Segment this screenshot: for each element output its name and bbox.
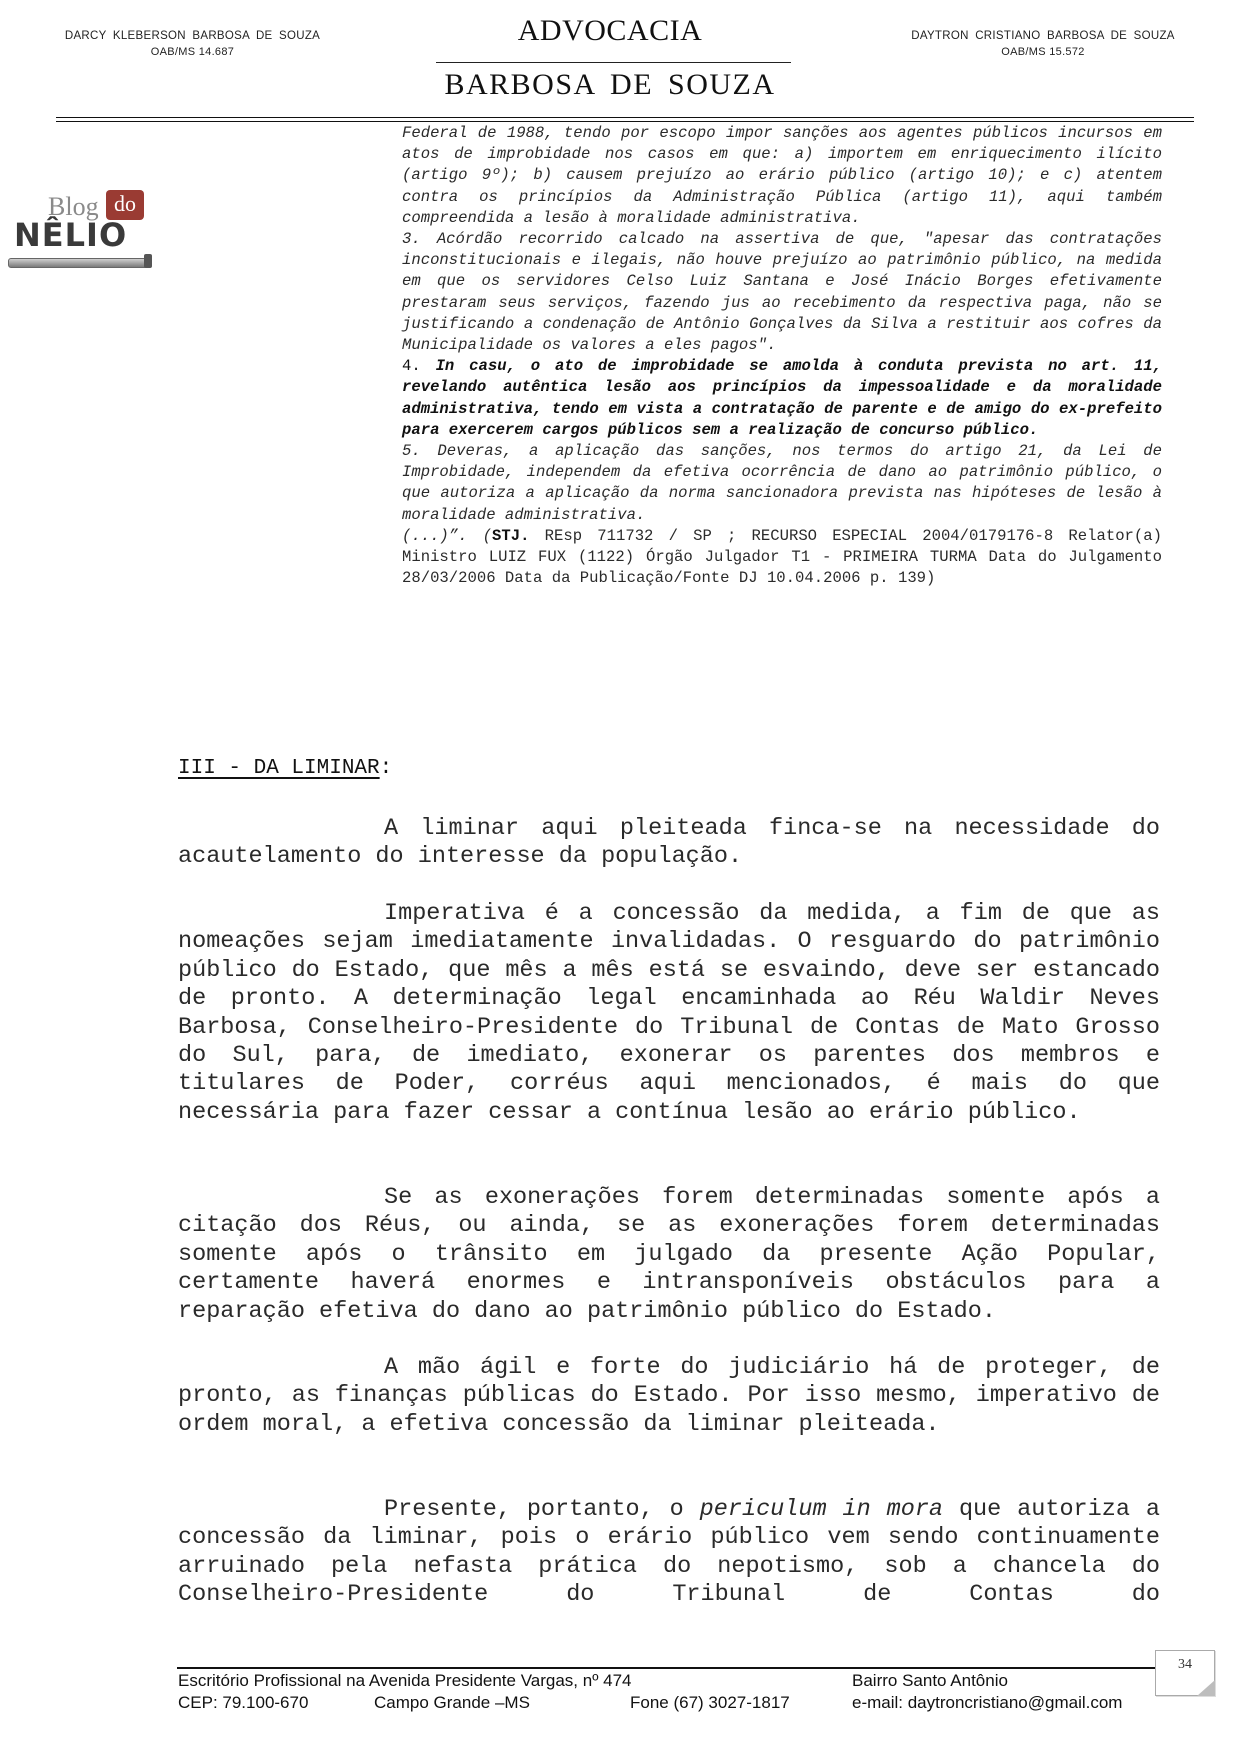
paragraph-text-start: Presente, portanto, o bbox=[384, 1496, 700, 1523]
lawyer-name-right: DAYTRON CRISTIANO BARBOSA DE SOUZA bbox=[898, 30, 1188, 42]
oab-number-right: OAB/MS 15.572 bbox=[898, 46, 1188, 58]
body-paragraph-5: Presente, portanto, o periculum in mora … bbox=[178, 1496, 1160, 1610]
quote-item-number: 4. bbox=[402, 357, 436, 375]
firm-logo: ADVOCACIA BARBOSA DE SOUZA bbox=[430, 14, 790, 101]
citation-court: STJ. bbox=[492, 527, 529, 545]
syringe-knob-icon bbox=[144, 254, 152, 268]
jurisprudence-quote: Federal de 1988, tendo por escopo impor … bbox=[402, 123, 1162, 589]
section-heading: III - DA LIMINAR: bbox=[178, 757, 392, 780]
page-number: 34 bbox=[1178, 1657, 1192, 1672]
body-paragraph-4: A mão ágil e forte do judiciário há de p… bbox=[178, 1354, 1160, 1439]
footer-address: Escritório Profissional na Avenida Presi… bbox=[178, 1670, 632, 1691]
page-curl-icon bbox=[1197, 1680, 1215, 1696]
footer-cep: CEP: 79.100-670 bbox=[178, 1692, 308, 1713]
page-number-badge: 34 bbox=[1155, 1650, 1215, 1696]
header-left-lawyer: DARCY KLEBERSON BARBOSA DE SOUZA OAB/MS … bbox=[50, 30, 335, 58]
header-rule-top bbox=[56, 117, 1194, 118]
quote-paragraph-2-end: Federal de 1988, tendo por escopo impor … bbox=[402, 123, 1162, 229]
oab-number-left: OAB/MS 14.687 bbox=[50, 46, 335, 58]
body-paragraph-1: A liminar aqui pleiteada finca-se na nec… bbox=[178, 815, 1160, 872]
paragraph-text: A liminar aqui pleiteada finca-se na nec… bbox=[178, 815, 1160, 872]
firm-title-line2: BARBOSA DE SOUZA bbox=[430, 69, 790, 101]
paragraph-text: Presente, portanto, o periculum in mora … bbox=[178, 1496, 1160, 1610]
quote-paragraph-4: 4. In casu, o ato de improbidade se amol… bbox=[402, 356, 1162, 441]
firm-divider bbox=[436, 62, 791, 63]
body-paragraph-2: Imperativa é a concessão da medida, a fi… bbox=[178, 900, 1160, 1127]
syringe-bar-icon bbox=[8, 258, 148, 268]
footer-phone: Fone (67) 3027-1817 bbox=[630, 1692, 790, 1713]
citation-ellipsis: (...)”. ( bbox=[402, 527, 492, 545]
blog-watermark-logo: Blog do NÊLIO bbox=[6, 188, 156, 276]
quote-item-text: In casu, o ato de improbidade se amolda … bbox=[402, 357, 1162, 439]
firm-title-line1: ADVOCACIA bbox=[430, 14, 790, 48]
blog-name: NÊLIO bbox=[14, 216, 127, 254]
footer-neighborhood: Bairro Santo Antônio bbox=[852, 1670, 1008, 1691]
footer-rule bbox=[177, 1667, 1157, 1669]
latin-term: periculum in mora bbox=[700, 1496, 943, 1523]
quote-paragraph-3: 3. Acórdão recorrido calcado na assertiv… bbox=[402, 229, 1162, 356]
lawyer-name-left: DARCY KLEBERSON BARBOSA DE SOUZA bbox=[50, 30, 335, 42]
section-heading-colon: : bbox=[380, 757, 393, 780]
header-rule-bottom bbox=[56, 121, 1194, 122]
paragraph-text: Se as exonerações forem determinadas som… bbox=[178, 1184, 1160, 1326]
header-right-lawyer: DAYTRON CRISTIANO BARBOSA DE SOUZA OAB/M… bbox=[898, 30, 1188, 58]
footer-email: e-mail: daytroncristiano@gmail.com bbox=[852, 1692, 1122, 1713]
quote-paragraph-5: 5. Deveras, a aplicação das sanções, nos… bbox=[402, 441, 1162, 526]
paragraph-text: Imperativa é a concessão da medida, a fi… bbox=[178, 900, 1160, 1127]
paragraph-text: A mão ágil e forte do judiciário há de p… bbox=[178, 1354, 1160, 1439]
section-heading-text: III - DA LIMINAR bbox=[178, 757, 380, 780]
footer-city: Campo Grande –MS bbox=[374, 1692, 530, 1713]
quote-citation: (...)”. (STJ. REsp 711732 / SP ; RECURSO… bbox=[402, 526, 1162, 590]
body-paragraph-3: Se as exonerações forem determinadas som… bbox=[178, 1184, 1160, 1326]
